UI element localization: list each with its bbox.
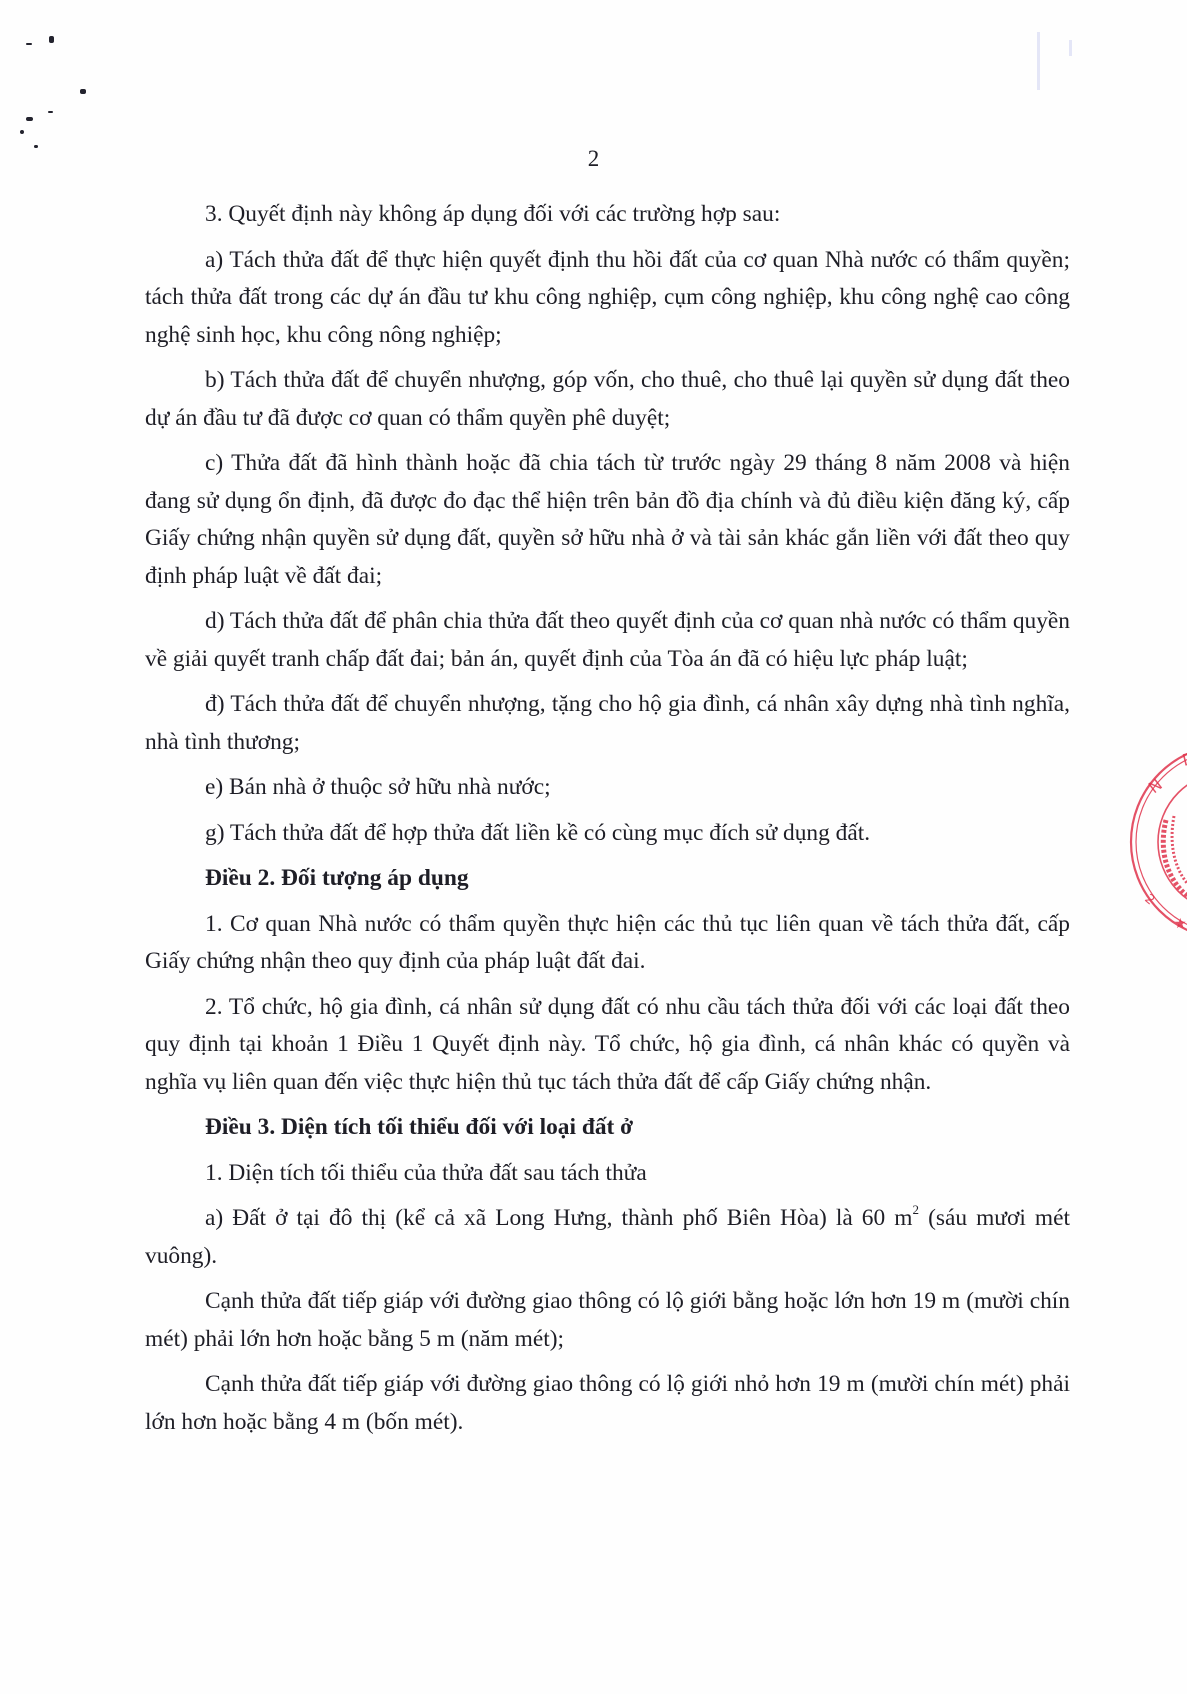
paragraph: 3. Quyết định này không áp dụng đối với …: [145, 196, 1070, 234]
scan-speck: [80, 89, 86, 94]
stamp-letter-n: N: [1145, 775, 1166, 797]
scan-speck: [20, 130, 24, 134]
scan-speck: [49, 36, 54, 43]
paragraph: e) Bán nhà ở thuộc sở hữu nhà nước;: [145, 769, 1070, 807]
paragraph: đ) Tách thửa đất để chuyển nhượng, tặng …: [145, 686, 1070, 761]
paragraph: Cạnh thửa đất tiếp giáp với đường giao t…: [145, 1366, 1070, 1441]
paragraph: 1. Cơ quan Nhà nước có thẩm quyền thực h…: [145, 906, 1070, 981]
paragraph: c) Thửa đất đã hình thành hoặc đã chia t…: [145, 445, 1070, 595]
scan-streak: [1069, 40, 1072, 56]
paragraph-text: a) Đất ở tại đô thị (kể cả xã Long Hưng,…: [205, 1205, 912, 1231]
scan-speck: [26, 43, 32, 45]
paragraph: a) Đất ở tại đô thị (kể cả xã Long Hưng,…: [145, 1200, 1070, 1275]
paragraph: 2. Tổ chức, hộ gia đình, cá nhân sử dụng…: [145, 989, 1070, 1102]
paragraph: g) Tách thửa đất để hợp thửa đất liền kề…: [145, 815, 1070, 853]
page-number: 2: [0, 146, 1187, 172]
article-heading: Điều 3. Diện tích tối thiểu đối với loại…: [145, 1109, 1070, 1147]
official-seal-stamp: N D 2 ★: [1128, 742, 1187, 942]
svg-text:★: ★: [1174, 916, 1187, 932]
paragraph: 1. Diện tích tối thiểu của thửa đất sau …: [145, 1155, 1070, 1193]
stamp-letter-d: D: [1180, 748, 1187, 769]
paragraph: a) Tách thửa đất để thực hiện quyết định…: [145, 242, 1070, 355]
document-body: 3. Quyết định này không áp dụng đối với …: [145, 196, 1070, 1449]
article-heading: Điều 2. Đối tượng áp dụng: [145, 860, 1070, 898]
scan-streak: [1037, 32, 1040, 90]
paragraph: d) Tách thửa đất để phân chia thửa đất t…: [145, 603, 1070, 678]
paragraph: Cạnh thửa đất tiếp giáp với đường giao t…: [145, 1283, 1070, 1358]
scanned-page: 2 3. Quyết định này không áp dụng đối vớ…: [0, 0, 1187, 1694]
scan-speck: [48, 111, 53, 113]
paragraph: b) Tách thửa đất để chuyển nhượng, góp v…: [145, 362, 1070, 437]
scan-speck: [26, 117, 33, 121]
